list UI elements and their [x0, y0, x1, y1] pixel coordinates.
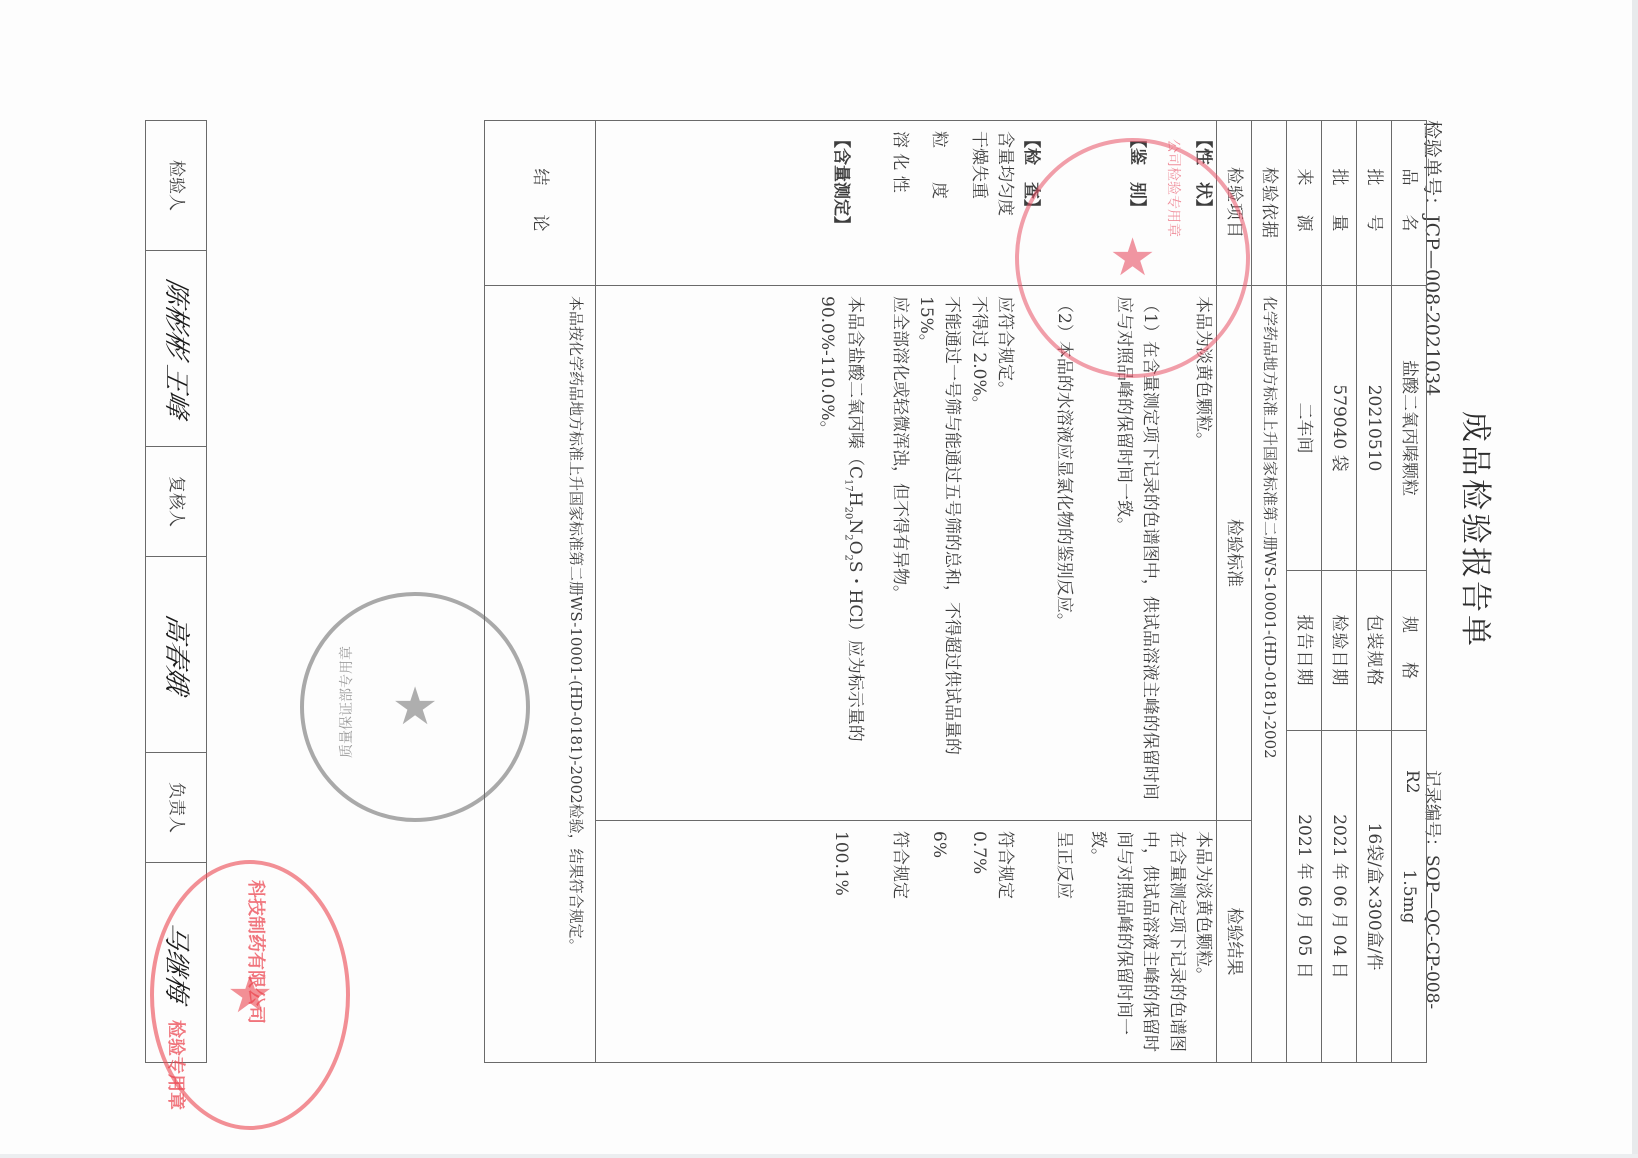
- row-batch-no: 批 号 20210510 包装规格 16袋/盒×300盒/件: [1357, 121, 1392, 1063]
- spec-label: 规 格: [1392, 571, 1427, 731]
- responsible-signature: 马继梅: [146, 863, 207, 1063]
- solubility-standard: 应全部溶化或轻微浑浊，但不得有异物。: [886, 286, 912, 821]
- reviewer-label: 复核人: [146, 447, 207, 557]
- appearance-standard: 本品为淡黄色颗粒。: [1190, 286, 1217, 821]
- batch-no-value: 20210510: [1357, 286, 1392, 571]
- scan-edge-bottom: [0, 1154, 1638, 1158]
- column-standard: 检验标准: [1217, 286, 1252, 821]
- checks-result-spacer: [1018, 821, 1044, 1063]
- batch-no-label: 批 号: [1357, 121, 1392, 286]
- row-assay: 【含量测定】 本品含盐酸二氧丙嗪（C17H20N2O2S・HCl）应为标示量的 …: [796, 121, 886, 1063]
- package-value: 16袋/盒×300盒/件: [1357, 731, 1392, 1063]
- source-label: 来 源: [1287, 121, 1322, 286]
- solubility-label: 溶 化 性: [886, 121, 912, 286]
- inspector-signature: 陈彬彬 王峰: [146, 251, 207, 447]
- row-uniformity: 含量均匀度 应符合规定。 符合规定: [992, 121, 1018, 1063]
- granularity-standard: 不能通过一号筛与能通过五号筛的总和，不得超过供试品量的 15%。: [913, 286, 966, 821]
- identification-label: 【鉴 别】: [1084, 121, 1189, 286]
- solubility-result: 符合规定: [886, 821, 912, 1063]
- report-title: 成品检验报告单: [1456, 30, 1501, 1030]
- assay-standard-pre: 本品含盐酸二氧丙嗪（C: [845, 296, 865, 479]
- report-date-label: 报告日期: [1287, 571, 1322, 731]
- basis-value: 化学药品地方标准上升国家标准第二册WS-10001-(HD-0181)-2002: [1252, 286, 1287, 1063]
- assay-standard: 本品含盐酸二氧丙嗪（C17H20N2O2S・HCl）应为标示量的 90.0%-1…: [796, 286, 886, 821]
- identification-standard-2: （2）本品的水溶液应显氯化物的鉴别反应。: [1044, 286, 1084, 821]
- row-body-filler: [596, 121, 797, 1063]
- granularity-result: 6%: [913, 821, 966, 1063]
- row-signatures: 检验人 陈彬彬 王峰 复核人 高春娥 负责人 马继梅: [146, 121, 207, 1063]
- reviewer-signature: 高春娥: [146, 557, 207, 753]
- batch-qty-value: 579040 袋: [1322, 286, 1357, 571]
- basis-label: 检验依据: [1252, 121, 1287, 286]
- assay-label: 【含量测定】: [796, 121, 886, 286]
- body-filler-3: [596, 821, 797, 1063]
- test-date-label: 检验日期: [1322, 571, 1357, 731]
- conclusion-text: 本品按化学药品地方标准上升国家标准第二册WS-10001-(HD-0181)-2…: [485, 286, 596, 1063]
- assay-result: 100.1%: [796, 821, 886, 1063]
- drying-loss-standard: 不得过 2.0%。: [965, 286, 991, 821]
- responsible-label: 负责人: [146, 753, 207, 863]
- row-source: 来 源 二车间 报告日期 2021 年 06 月 05 日: [1287, 121, 1322, 1063]
- batch-qty-label: 批 量: [1322, 121, 1357, 286]
- report-date-value: 2021 年 06 月 05 日: [1287, 731, 1322, 1063]
- signature-table: 检验人 陈彬彬 王峰 复核人 高春娥 负责人 马继梅: [145, 120, 207, 1063]
- row-appearance: 【性 状】 本品为淡黄色颗粒。 本品为淡黄色颗粒。: [1190, 121, 1217, 1063]
- row-identification-1: 【鉴 别】 （1）在含量测定项下记录的色谱图中，供试品溶液主峰的保留时间应与对照…: [1084, 121, 1189, 1063]
- report-table: 品 名 盐酸二氧丙嗪颗粒 规 格 1.5mg 批 号 20210510 包装规格…: [484, 120, 1427, 1063]
- identification-standard-1: （1）在含量测定项下记录的色谱图中，供试品溶液主峰的保留时间应与对照品峰的保留时…: [1084, 286, 1189, 821]
- drying-loss-result: 0.7%: [965, 821, 991, 1063]
- spec-value: 1.5mg: [1392, 731, 1427, 1063]
- body-filler-2: [596, 286, 797, 821]
- appearance-result: 本品为淡黄色颗粒。: [1190, 821, 1217, 1063]
- column-item: 检验项目: [1217, 121, 1252, 286]
- formula-h: H: [845, 492, 865, 507]
- row-conclusion: 结 论 本品按化学药品地方标准上升国家标准第二册WS-10001-(HD-018…: [485, 121, 596, 1063]
- identification-label-spacer: [1044, 121, 1084, 286]
- identification-result-1: 在含量测定项下记录的色谱图中，供试品溶液主峰的保留时间与对照品峰的保留时间一致。: [1084, 821, 1189, 1063]
- row-identification-2: （2）本品的水溶液应显氯化物的鉴别反应。 呈正反应: [1044, 121, 1084, 1063]
- inspection-report-page: 成品检验报告单 检验单号：JCP—008-2021034 记录编号：SOP—QC…: [99, 30, 1559, 1030]
- formula-sub-c: 17: [843, 479, 854, 492]
- granularity-label: 粒 度: [913, 121, 966, 286]
- scan-edge-right: [1632, 0, 1638, 1158]
- row-solubility: 溶 化 性 应全部溶化或轻微浑浊，但不得有异物。 符合规定: [886, 121, 912, 1063]
- formula-o: O: [845, 541, 865, 555]
- row-batch-qty: 批 量 579040 袋 检验日期 2021 年 06 月 04 日: [1322, 121, 1357, 1063]
- identification-result-2: 呈正反应: [1044, 821, 1084, 1063]
- formula-n: N: [845, 519, 865, 534]
- product-name-value: 盐酸二氧丙嗪颗粒: [1392, 286, 1427, 571]
- appearance-label: 【性 状】: [1190, 121, 1217, 286]
- uniformity-standard: 应符合规定。: [992, 286, 1018, 821]
- product-name-label: 品 名: [1392, 121, 1427, 286]
- row-column-headers: 检验项目 检验标准 检验结果: [1217, 121, 1252, 1063]
- uniformity-result: 符合规定: [992, 821, 1018, 1063]
- checks-label: 【检 查】: [1018, 121, 1044, 286]
- body-filler-1: [596, 121, 797, 286]
- inspector-label: 检验人: [146, 121, 207, 251]
- row-checks-header: 【检 查】: [1018, 121, 1044, 1063]
- package-label: 包装规格: [1357, 571, 1392, 731]
- row-product-name: 品 名 盐酸二氧丙嗪颗粒 规 格 1.5mg: [1392, 121, 1427, 1063]
- column-result: 检验结果: [1217, 821, 1252, 1063]
- formula-sub-h: 20: [843, 507, 854, 520]
- row-granularity: 粒 度 不能通过一号筛与能通过五号筛的总和，不得超过供试品量的 15%。 6%: [913, 121, 966, 1063]
- checks-standard-spacer: [1018, 286, 1044, 821]
- source-value: 二车间: [1287, 286, 1322, 571]
- drying-loss-label: 干燥失重: [965, 121, 991, 286]
- uniformity-label: 含量均匀度: [992, 121, 1018, 286]
- conclusion-label: 结 论: [485, 121, 596, 286]
- test-date-value: 2021 年 06 月 04 日: [1322, 731, 1357, 1063]
- row-drying-loss: 干燥失重 不得过 2.0%。 0.7%: [965, 121, 991, 1063]
- row-basis: 检验依据 化学药品地方标准上升国家标准第二册WS-10001-(HD-0181)…: [1252, 121, 1287, 1063]
